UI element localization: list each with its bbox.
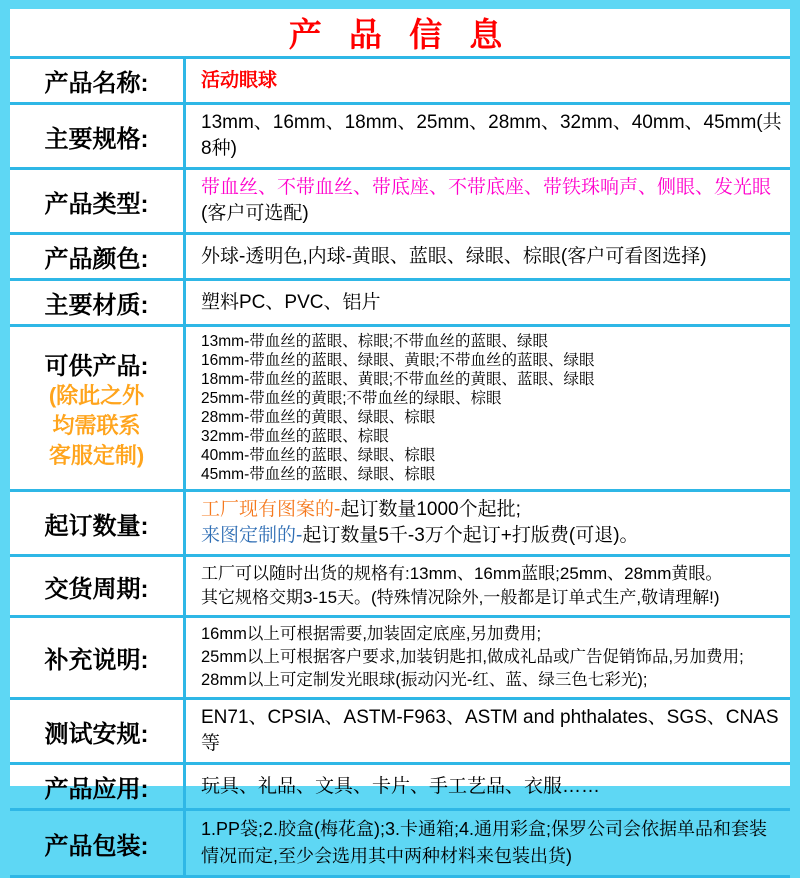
- available-item-18mm: 18mm-带血丝的蓝眼、黄眼;不带血丝的黄眼、蓝眼、绿眼: [201, 370, 782, 389]
- available-products-label: 可供产品:: [45, 346, 149, 381]
- row-product-color: 产品颜色: 外球-透明色,内球-黄眼、蓝眼、绿眼、棕眼(客户可看图选择): [10, 235, 790, 281]
- application-value-cell: 玩具、礼品、文具、卡片、手工艺品、衣服……: [186, 765, 790, 800]
- product-type-value: 带血丝、不带血丝、带底座、不带底座、带铁珠响声、侧眼、发光眼(客户可选配): [201, 175, 782, 227]
- main-material-label-cell: 主要材质:: [10, 281, 186, 324]
- main-specs-value-cell: 13mm、16mm、18mm、25mm、28mm、32mm、40mm、45mm(…: [186, 105, 790, 167]
- row-safety-standards: 测试安规: EN71、CPSIA、ASTM-F963、ASTM and phth…: [10, 700, 790, 765]
- notes-label: 补充说明:: [45, 640, 149, 675]
- moq-existing-prefix: 工厂现有图案的-: [201, 499, 340, 520]
- main-specs-label: 主要规格:: [45, 119, 149, 154]
- product-type-note: (客户可选配): [201, 203, 309, 224]
- row-min-order-quantity: 起订数量: 工厂现有图案的-起订数量1000个起批; 来图定制的-起订数量5千-…: [10, 492, 790, 557]
- application-label: 产品应用:: [45, 769, 149, 800]
- row-product-name: 产品名称: 活动眼球: [10, 59, 790, 105]
- row-additional-notes: 补充说明: 16mm以上可根据需要,加装固定底座,另加费用; 25mm以上可根据…: [10, 618, 790, 700]
- product-info-sheet: 产 品 信 息 产品名称: 活动眼球 主要规格: 13mm、16mm、18mm、…: [10, 9, 790, 786]
- moq-line-custom: 来图定制的-起订数量5千-3万个起订+打版费(可退)。: [201, 523, 782, 549]
- main-material-value: 塑料PC、PVC、铝片: [201, 290, 782, 316]
- product-type-options: 带血丝、不带血丝、带底座、不带底座、带铁珠响声、侧眼、发光眼: [201, 177, 771, 198]
- safety-value: EN71、CPSIA、ASTM-F963、ASTM and phthalates…: [201, 705, 782, 757]
- available-item-40mm: 40mm-带血丝的蓝眼、绿眼、棕眼: [201, 446, 782, 465]
- moq-existing-rest: 起订数量1000个起批;: [340, 499, 521, 520]
- safety-label-cell: 测试安规:: [10, 700, 186, 762]
- available-item-32mm: 32mm-带血丝的蓝眼、棕眼: [201, 427, 782, 446]
- row-delivery-time: 交货周期: 工厂可以随时出货的规格有:13mm、16mm蓝眼;25mm、28mm…: [10, 557, 790, 618]
- product-name-label: 产品名称:: [45, 63, 149, 98]
- available-products-label-cell: 可供产品: (除此之外 均需联系 客服定制): [10, 327, 186, 489]
- available-item-28mm: 28mm-带血丝的黄眼、绿眼、棕眼: [201, 408, 782, 427]
- available-products-note-line-2: 均需联系: [52, 411, 140, 441]
- delivery-value-cell: 工厂可以随时出货的规格有:13mm、16mm蓝眼;25mm、28mm黄眼。 其它…: [186, 557, 790, 615]
- product-name-value-cell: 活动眼球: [186, 59, 790, 102]
- available-products-note-line-3: 客服定制): [49, 441, 144, 471]
- row-main-specs: 主要规格: 13mm、16mm、18mm、25mm、28mm、32mm、40mm…: [10, 105, 790, 170]
- product-name-label-cell: 产品名称:: [10, 59, 186, 102]
- row-product-application: 产品应用: 玩具、礼品、文具、卡片、手工艺品、衣服……: [10, 765, 790, 800]
- row-available-products: 可供产品: (除此之外 均需联系 客服定制) 13mm-带血丝的蓝眼、棕眼;不带…: [10, 327, 790, 492]
- product-color-value: 外球-透明色,内球-黄眼、蓝眼、绿眼、棕眼(客户可看图选择): [201, 244, 782, 270]
- notes-line-2: 25mm以上可根据客户要求,加装钥匙扣,做成礼品或广告促销饰品,另加费用;: [201, 646, 782, 669]
- product-type-label-cell: 产品类型:: [10, 170, 186, 232]
- notes-line-3: 28mm以上可定制发光眼球(振动闪光-红、蓝、绿三色七彩光);: [201, 669, 782, 692]
- notes-label-cell: 补充说明:: [10, 618, 186, 697]
- product-name-value: 活动眼球: [201, 68, 782, 94]
- available-item-45mm: 45mm-带血丝的蓝眼、绿眼、棕眼: [201, 465, 782, 484]
- delivery-line-1: 工厂可以随时出货的规格有:13mm、16mm蓝眼;25mm、28mm黄眼。: [201, 562, 782, 586]
- row-product-type: 产品类型: 带血丝、不带血丝、带底座、不带底座、带铁珠响声、侧眼、发光眼(客户可…: [10, 170, 790, 235]
- product-color-value-cell: 外球-透明色,内球-黄眼、蓝眼、绿眼、棕眼(客户可看图选择): [186, 235, 790, 278]
- available-products-value-cell: 13mm-带血丝的蓝眼、棕眼;不带血丝的蓝眼、绿眼 16mm-带血丝的蓝眼、绿眼…: [186, 327, 790, 489]
- moq-label: 起订数量:: [45, 506, 149, 541]
- row-main-material: 主要材质: 塑料PC、PVC、铝片: [10, 281, 790, 327]
- available-products-note-line-1: (除此之外: [49, 381, 144, 411]
- product-type-value-cell: 带血丝、不带血丝、带底座、不带底座、带铁珠响声、侧眼、发光眼(客户可选配): [186, 170, 790, 232]
- safety-label: 测试安规:: [45, 714, 149, 749]
- product-color-label-cell: 产品颜色:: [10, 235, 186, 278]
- available-item-25mm: 25mm-带血丝的黄眼;不带血丝的绿眼、棕眼: [201, 389, 782, 408]
- delivery-line-2: 其它规格交期3-15天。(特殊情况除外,一般都是订单式生产,敬请理解!): [201, 586, 782, 610]
- moq-value-cell: 工厂现有图案的-起订数量1000个起批; 来图定制的-起订数量5千-3万个起订+…: [186, 492, 790, 554]
- delivery-label: 交货周期:: [45, 569, 149, 604]
- application-value: 玩具、礼品、文具、卡片、手工艺品、衣服……: [201, 774, 782, 800]
- safety-value-cell: EN71、CPSIA、ASTM-F963、ASTM and phthalates…: [186, 700, 790, 762]
- product-color-label: 产品颜色:: [45, 239, 149, 274]
- moq-label-cell: 起订数量:: [10, 492, 186, 554]
- title-row: 产 品 信 息: [10, 9, 790, 59]
- available-item-13mm: 13mm-带血丝的蓝眼、棕眼;不带血丝的蓝眼、绿眼: [201, 332, 782, 351]
- product-type-label: 产品类型:: [45, 184, 149, 219]
- main-specs-label-cell: 主要规格:: [10, 105, 186, 167]
- main-specs-value: 13mm、16mm、18mm、25mm、28mm、32mm、40mm、45mm(…: [201, 110, 782, 162]
- moq-custom-rest: 起订数量5千-3万个起订+打版费(可退)。: [302, 525, 638, 546]
- page-title: 产 品 信 息: [289, 9, 512, 56]
- moq-line-existing: 工厂现有图案的-起订数量1000个起批;: [201, 497, 782, 523]
- application-label-cell: 产品应用:: [10, 765, 186, 800]
- notes-line-1: 16mm以上可根据需要,加装固定底座,另加费用;: [201, 623, 782, 646]
- main-material-label: 主要材质:: [45, 285, 149, 320]
- delivery-label-cell: 交货周期:: [10, 557, 186, 615]
- notes-value-cell: 16mm以上可根据需要,加装固定底座,另加费用; 25mm以上可根据客户要求,加…: [186, 618, 790, 697]
- moq-custom-prefix: 来图定制的-: [201, 525, 302, 546]
- main-material-value-cell: 塑料PC、PVC、铝片: [186, 281, 790, 324]
- available-item-16mm: 16mm-带血丝的蓝眼、绿眼、黄眼;不带血丝的蓝眼、绿眼: [201, 351, 782, 370]
